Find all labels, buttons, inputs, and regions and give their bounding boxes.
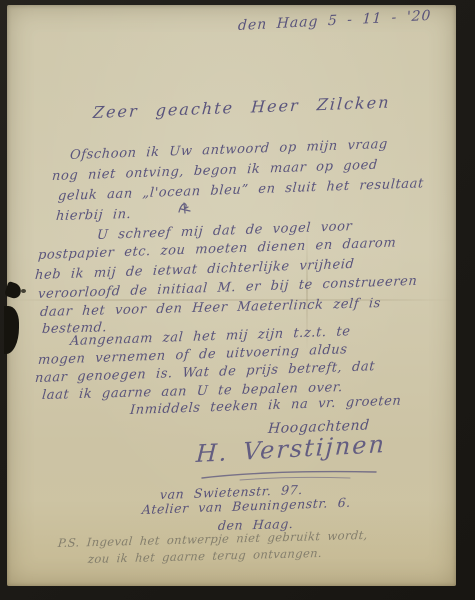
ink-flourish-mark <box>176 200 194 220</box>
edge-damage-speck <box>21 289 26 293</box>
body-line: hierbij in. <box>55 207 132 224</box>
scanned-letter: den Haag 5 - 11 - '20 Zeer geachte Heer … <box>0 0 475 600</box>
